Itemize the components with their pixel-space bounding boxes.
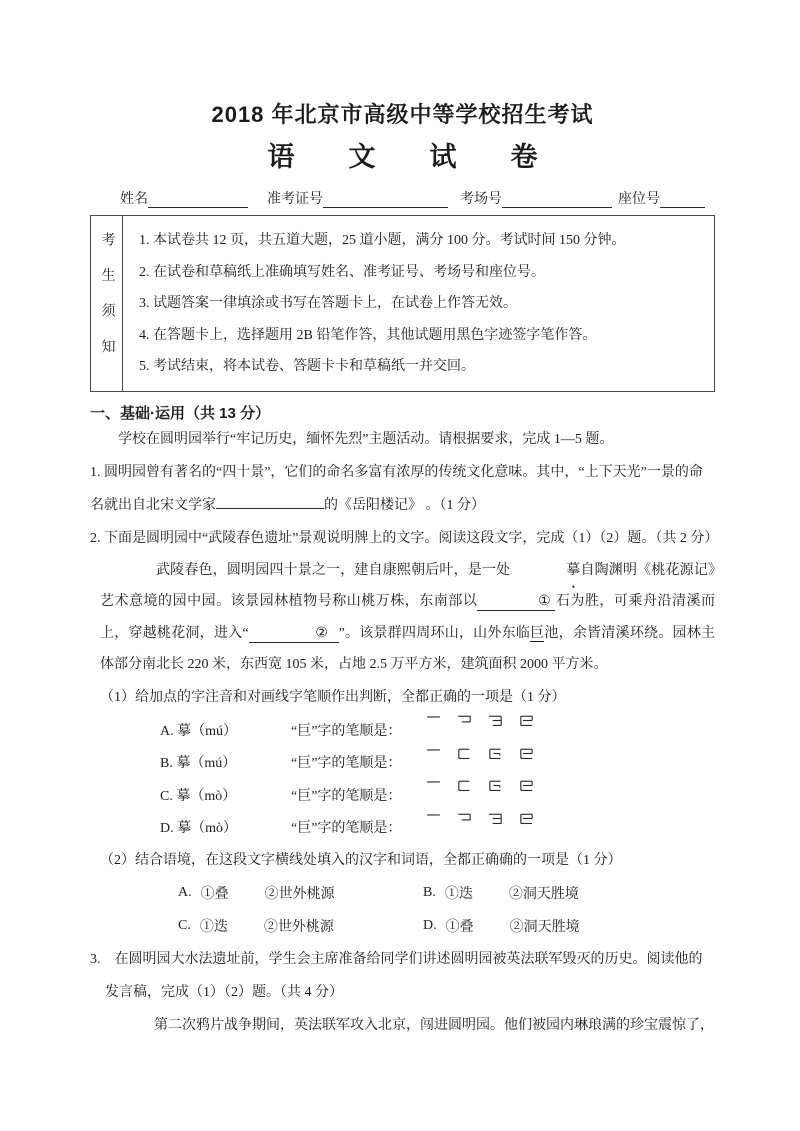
option-choice-2: ②世外桃源 (265, 883, 335, 903)
option-row-b: B. 摹（mú） “巨”字的笔顺是： (160, 746, 715, 779)
section-heading: 一、基础·运用（共 13 分） (90, 402, 715, 423)
underlined-char: 巨 (530, 626, 544, 642)
option-choice-1: ①叠 (446, 916, 474, 936)
option-choice-2: ②洞天胜境 (509, 883, 579, 903)
option-row-d: D. 摹（mò） “巨”字的笔顺是： (160, 811, 715, 844)
field-exam-room-label: 考场号 (460, 188, 502, 208)
q1-answer-blank (216, 492, 324, 509)
field-seat-number-blank (660, 192, 705, 208)
field-name-blank (148, 192, 248, 208)
field-admission-number-label: 准考证号 (267, 188, 323, 208)
question-2-stem: 2. 下面是圆明园中“武陵春色遗址”景观说明牌上的文字。阅读这段文字，完成（1）… (90, 522, 715, 555)
stroke-step-icon (456, 745, 473, 762)
stroke-order-label: “巨”字的笔顺是： (291, 752, 425, 772)
dotted-char: 摹 (510, 555, 580, 587)
question-1: 1. 圆明园曾有著名的“四十景”，它们的命名多富有浓厚的传统文化意味。其中，“上… (90, 456, 715, 522)
option-choice-2: ②洞天胜境 (510, 916, 580, 936)
option-row-a: A. 摹（mú） “巨”字的笔顺是： (160, 714, 715, 747)
field-admission-number-blank (323, 192, 448, 208)
option-d: D.①叠②洞天胜境 (423, 916, 668, 936)
stroke-order-label: “巨”字的笔顺是： (291, 720, 425, 740)
field-seat-number: 座位号 (618, 188, 705, 208)
option-pinyin: 摹（mò） (177, 821, 237, 836)
option-d-text: D. 摹（mò） (160, 817, 291, 837)
field-exam-room: 考场号 (460, 188, 618, 208)
option-label: A. (178, 885, 192, 901)
notice-item: 4. 在答题卡上，选择题用 2B 铅笔作答，其他试题用黑色字迹签字笔作答。 (139, 320, 704, 352)
field-name-label: 姓名 (120, 188, 148, 208)
stroke-step-icon (425, 712, 442, 729)
stroke-step-icon (425, 745, 442, 762)
stroke-step-icon (487, 712, 504, 729)
page-subtitle: 语 文 试 卷 (90, 135, 715, 174)
q2-sub2-stem: （2）结合语境，在这段文字横线处填入的汉字和词语，全都正确确的一项是（1 分） (100, 844, 715, 877)
option-label: D. (423, 918, 437, 934)
notice-item: 5. 考试结束，将本试卷、答题卡卡和草稿纸一并交回。 (139, 351, 704, 383)
stroke-step-icon (425, 810, 442, 827)
notice-items: 1. 本试卷共 12 页，共五道大题，25 道小题，满分 100 分。考试时间 … (123, 216, 714, 391)
option-a: A.①叠②世外桃源 (178, 883, 423, 903)
notice-box: 考生须知 1. 本试卷共 12 页，共五道大题，25 道小题，满分 100 分。… (90, 215, 715, 392)
option-b-text: B. 摹（mú） (160, 752, 291, 772)
stroke-order-diagram-a (425, 712, 535, 729)
stroke-order-diagram-b (425, 745, 535, 762)
field-admission-number: 准考证号 (267, 188, 460, 208)
stroke-step-icon (425, 777, 442, 794)
notice-item: 1. 本试卷共 12 页，共五道大题，25 道小题，满分 100 分。考试时间 … (139, 225, 704, 257)
stroke-step-icon (518, 745, 535, 762)
stroke-step-icon (456, 777, 473, 794)
intro-paragraph: 学校在圆明园举行“牢记历史，缅怀先烈”主题活动。请根据要求，完成 1—5 题。 (90, 423, 715, 456)
field-name: 姓名 (120, 188, 267, 208)
notice-item: 3. 试题答案一律填涂或书写在答题卡上，在试卷上作答无效。 (139, 288, 704, 320)
option-c-text: C. 摹（mò） (160, 785, 291, 805)
option-label: A. (160, 724, 174, 739)
option-label: C. (160, 789, 173, 804)
stroke-step-icon (518, 810, 535, 827)
option-c: C.①迭②世外桃源 (178, 916, 423, 936)
stroke-step-icon (456, 712, 473, 729)
stroke-step-icon (487, 810, 504, 827)
option-b: B.①迭②洞天胜境 (423, 883, 668, 903)
field-seat-number-label: 座位号 (618, 188, 660, 208)
notice-item: 2. 在试卷和草稿纸上准确填写姓名、准考证号、考场号和座位号。 (139, 257, 704, 289)
circled-one-label: ① (538, 594, 551, 609)
q2-sub1-stem: （1）给加点的字注音和对画线字笔顺作出判断，全都正确的一项是（1 分） (100, 681, 715, 714)
option-choice-1: ①迭 (200, 916, 228, 936)
stroke-order-diagram-c (425, 777, 535, 794)
option-label: D. (160, 821, 174, 836)
stroke-step-icon (456, 810, 473, 827)
stroke-order-label: “巨”字的笔顺是： (291, 785, 425, 805)
stroke-order-label: “巨”字的笔顺是： (291, 817, 425, 837)
passage-blank-2: ② (249, 626, 339, 643)
option-choice-1: ①迭 (445, 883, 473, 903)
question-3-stem: 3. 在圆明园大水法遗址前，学生会主席准备给同学们讲述圆明园被英法联军毁灭的历史… (90, 943, 715, 1009)
option-label: B. (160, 756, 173, 771)
passage-text: 武陵春色，圆明园四十景之一，建自康熙朝后叶，是一处 (156, 563, 510, 578)
circled-two-label: ② (315, 626, 328, 641)
stroke-step-icon (518, 777, 535, 794)
passage-text: ”。该景群四周环山，山外东临 (339, 626, 531, 641)
stroke-order-diagram-d (425, 810, 535, 827)
stroke-step-icon (487, 777, 504, 794)
notice-side-label: 考生须知 (91, 216, 123, 391)
q3-passage: 第二次鸦片战争期间，英法联军攻入北京，闯进圆明园。他们被园内琳琅满的珍宝震惊了， (90, 1009, 715, 1042)
option-choice-1: ①叠 (201, 883, 229, 903)
option-label: C. (178, 918, 191, 934)
q2-passage: 武陵春色，圆明园四十景之一，建自康熙朝后叶，是一处摹自陶渊明《桃花源记》艺术意境… (100, 555, 715, 681)
option-pinyin: 摹（mú） (176, 756, 236, 771)
option-label: B. (423, 885, 436, 901)
option-pinyin: 摹（mò） (176, 789, 236, 804)
stroke-step-icon (518, 712, 535, 729)
q1-text-post: 的《岳阳楼记》 。（1 分） (324, 498, 485, 513)
page-title: 2018 年北京市高级中等学校招生考试 (90, 98, 715, 129)
option-choice-2: ②世外桃源 (264, 916, 334, 936)
option-pinyin: 摹（mú） (177, 724, 237, 739)
option-row-c: C. 摹（mò） “巨”字的笔顺是： (160, 779, 715, 812)
field-exam-room-blank (502, 192, 612, 208)
exam-page: 2018 年北京市高级中等学校招生考试 语 文 试 卷 姓名 准考证号 考场号 … (0, 0, 800, 1131)
option-row-ab: A.①叠②世外桃源 B.①迭②洞天胜境 (178, 877, 715, 910)
option-a-text: A. 摹（mú） (160, 720, 291, 740)
stroke-step-icon (487, 745, 504, 762)
candidate-fields: 姓名 准考证号 考场号 座位号 (120, 188, 715, 208)
passage-blank-1: ① (477, 594, 555, 611)
option-row-cd: C.①迭②世外桃源 D.①叠②洞天胜境 (178, 910, 715, 943)
